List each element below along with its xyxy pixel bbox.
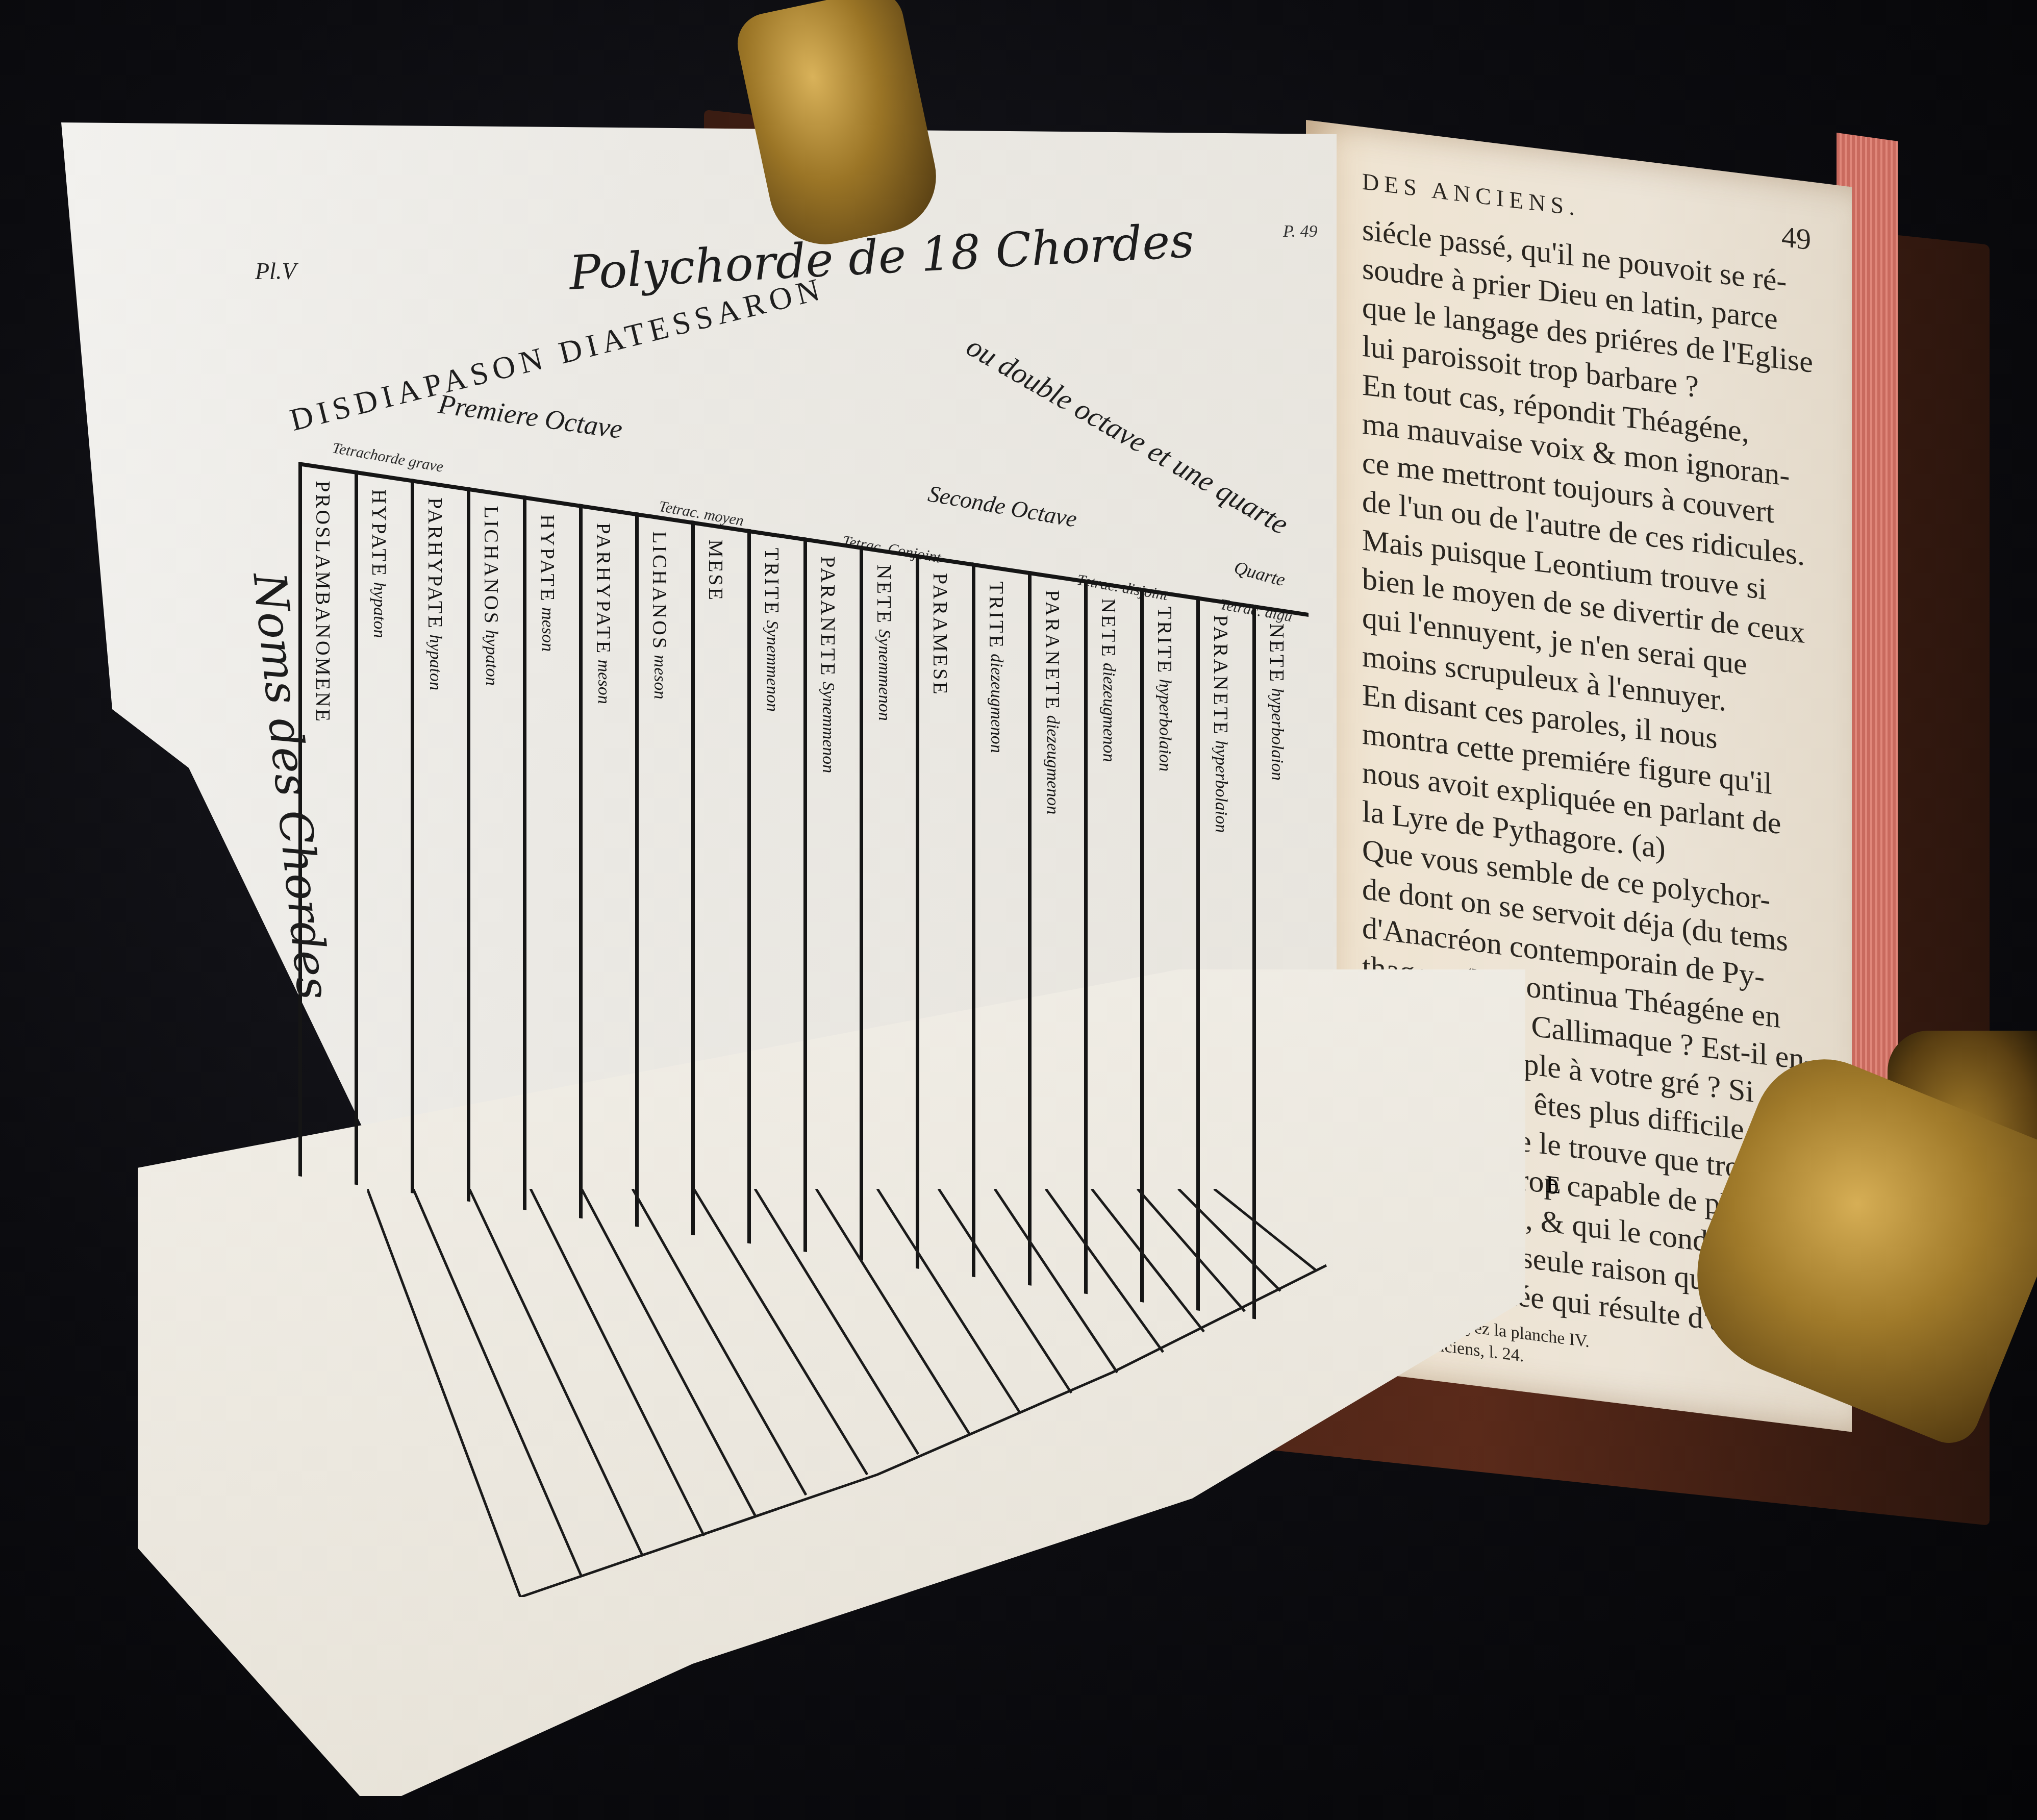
chord-name-qualifier: hypaton bbox=[370, 578, 389, 638]
chord-name: PARANETE diezeugmenon bbox=[1041, 590, 1065, 814]
chord-column: PARANETE diezeugmenon bbox=[1028, 571, 1088, 1294]
chord-name-main: PARHYPATE bbox=[424, 497, 447, 630]
chord-name-main: TRITE bbox=[985, 582, 1008, 650]
chord-name-qualifier: Synemmenon bbox=[763, 616, 782, 712]
chord-name: PARAMESE bbox=[928, 573, 952, 696]
chord-name-main: LICHANOS bbox=[480, 506, 503, 626]
signature-mark: E bbox=[1546, 1170, 1561, 1200]
chord-name-qualifier: Synemmenon bbox=[875, 625, 894, 721]
chord-column: HYPATE hypaton bbox=[355, 470, 414, 1193]
chord-name-qualifier: meson bbox=[538, 603, 557, 652]
chord-name: HYPATE hypaton bbox=[367, 489, 391, 638]
chord-name-qualifier: hypaton bbox=[426, 630, 445, 690]
chord-column: NETE Synemmenon bbox=[860, 545, 919, 1268]
chord-column: HYPATE meson bbox=[523, 495, 583, 1218]
chord-column: LICHANOS meson bbox=[635, 512, 695, 1235]
chord-name-main: MESE bbox=[705, 539, 727, 602]
chord-name-qualifier: hyperbolaion bbox=[1155, 675, 1174, 771]
chord-name-main: PARANETE bbox=[1210, 615, 1233, 736]
chord-name-main: NETE bbox=[873, 565, 896, 625]
chord-name-qualifier: diezeugmenon bbox=[1099, 659, 1118, 762]
chord-name-qualifier: hyperbolaion bbox=[1268, 684, 1287, 781]
chord-name-qualifier: diezeugmenon bbox=[987, 650, 1006, 753]
chord-name-qualifier: meson bbox=[594, 655, 613, 704]
chord-name-main: PARHYPATE bbox=[592, 522, 615, 655]
chord-name-main: PARANETE bbox=[817, 556, 840, 677]
chord-name-qualifier: hyperbolaion bbox=[1212, 736, 1230, 833]
plate-page-reference: P. 49 bbox=[1283, 222, 1317, 241]
chord-name: MESE bbox=[704, 539, 728, 602]
chord-column: PARAMESE bbox=[916, 554, 975, 1277]
chord-name: PROSLAMBANOMENE bbox=[311, 481, 335, 724]
chord-name: LICHANOS hypaton bbox=[480, 506, 504, 686]
chord-name-main: TRITE bbox=[1153, 607, 1176, 675]
chord-name-main: PROSLAMBANOMENE bbox=[312, 481, 335, 724]
chord-name-qualifier: hypaton bbox=[482, 626, 501, 686]
chord-name: NETE hyperbolaion bbox=[1265, 624, 1289, 781]
chord-column: PARHYPATE hypaton bbox=[411, 479, 470, 1202]
chord-name: PARANETE Synemmenon bbox=[816, 556, 840, 773]
chord-name-qualifier: meson bbox=[650, 651, 669, 699]
chord-column: MESE bbox=[691, 520, 751, 1243]
chord-column: TRITE Synemmenon bbox=[747, 529, 807, 1252]
chord-name-main: HYPATE bbox=[536, 514, 559, 603]
chord-column: PARHYPATE meson bbox=[579, 504, 639, 1227]
chord-name-qualifier: diezeugmenon bbox=[1043, 711, 1062, 814]
chord-name: NETE Synemmenon bbox=[872, 565, 896, 721]
chord-column: LICHANOS hypaton bbox=[467, 487, 526, 1210]
chord-name: PARHYPATE hypaton bbox=[423, 497, 447, 690]
lower-fold-lines bbox=[367, 1189, 1439, 1597]
chord-name: TRITE diezeugmenon bbox=[985, 582, 1009, 753]
chord-name-main: PARAMESE bbox=[929, 573, 952, 696]
chord-column: PARANETE Synemmenon bbox=[803, 537, 863, 1260]
chord-name-main: NETE bbox=[1266, 624, 1289, 684]
folio-number: 49 bbox=[1781, 219, 1811, 257]
chord-name-main: HYPATE bbox=[368, 489, 391, 578]
photo-scene: DES ANCIENS. 49 siécle passé, qu'il ne p… bbox=[0, 0, 2037, 1820]
chord-name: HYPATE meson bbox=[536, 514, 560, 652]
chord-name: LICHANOS meson bbox=[648, 531, 672, 700]
chord-name-main: PARANETE bbox=[1041, 590, 1064, 711]
chord-name-main: NETE bbox=[1097, 598, 1120, 658]
plate-number: Pl.V bbox=[255, 258, 296, 285]
chord-name-main: LICHANOS bbox=[648, 531, 671, 651]
chord-name-qualifier: Synemmenon bbox=[819, 677, 838, 773]
chord-name: PARHYPATE meson bbox=[592, 522, 616, 704]
chord-name: TRITE hyperbolaion bbox=[1153, 607, 1177, 771]
chord-name-main: TRITE bbox=[761, 548, 784, 616]
chord-name: NETE diezeugmenon bbox=[1097, 598, 1121, 762]
chord-name: PARANETE hyperbolaion bbox=[1209, 615, 1233, 833]
chord-column: TRITE diezeugmenon bbox=[972, 562, 1032, 1285]
chord-name: TRITE Synemmenon bbox=[760, 548, 784, 712]
